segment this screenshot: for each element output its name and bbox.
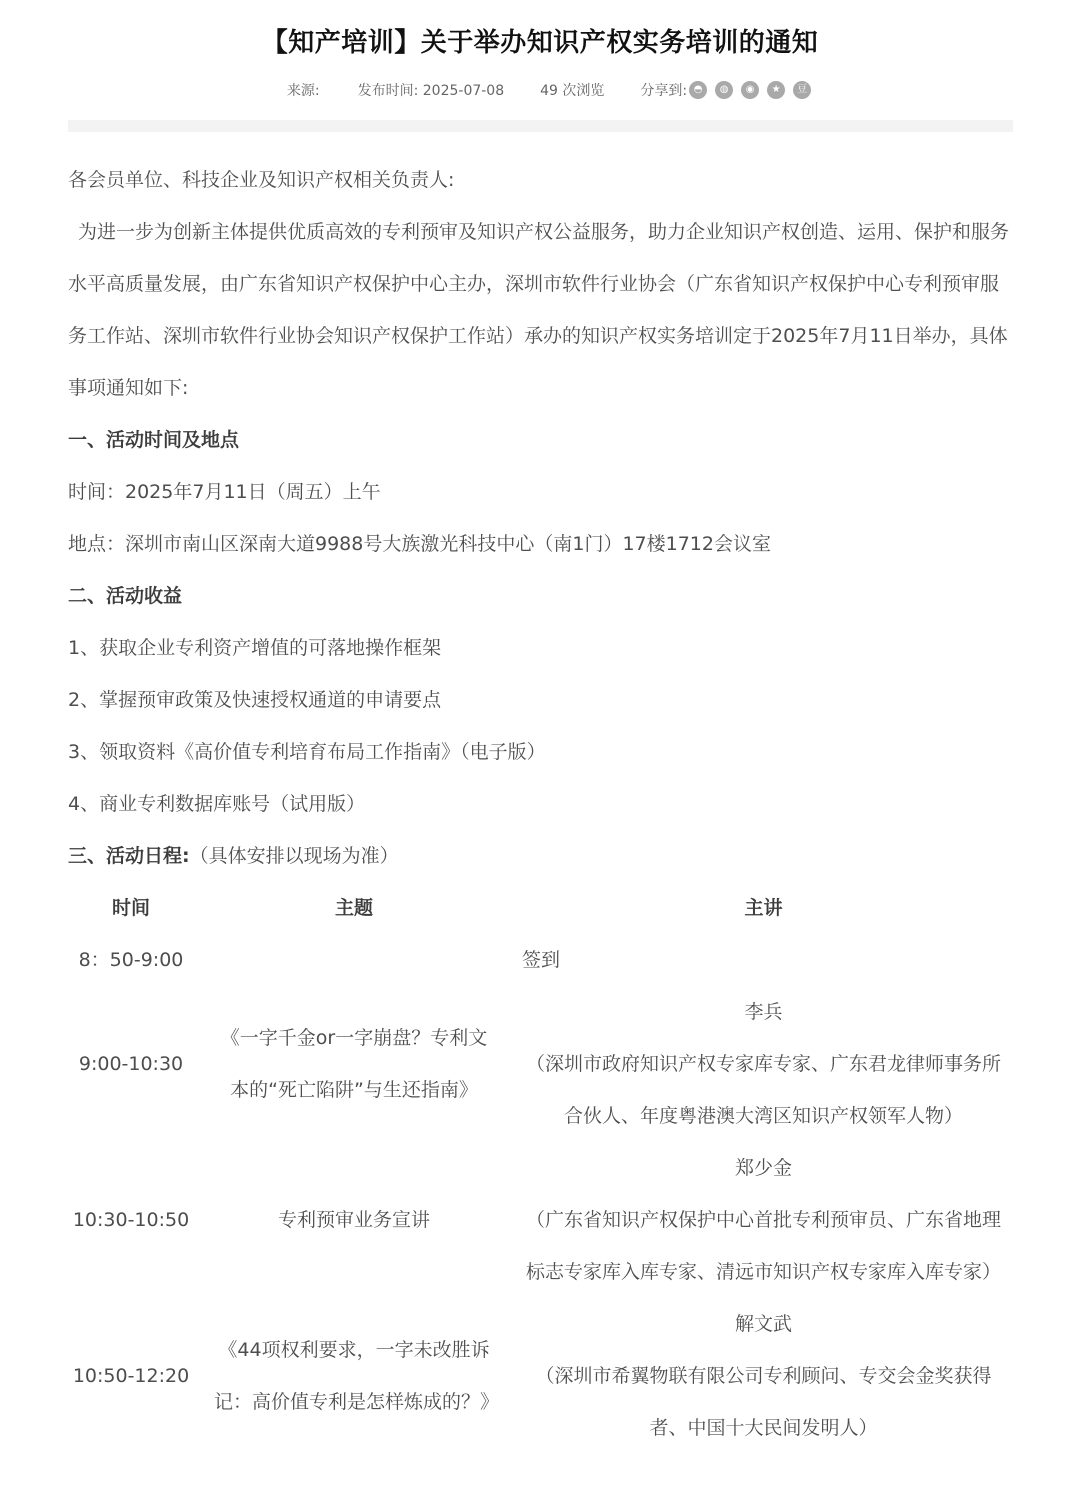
section-heading-benefits: 二、活动收益 bbox=[68, 570, 1013, 622]
speaker-name: 郑少金 bbox=[524, 1142, 1003, 1194]
row-topic: 《一字千金or一字崩盘？专利文本的“死亡陷阱”与生还指南》 bbox=[194, 986, 514, 1142]
row-time: 10:30-10:50 bbox=[68, 1142, 194, 1298]
table-row: 9:00-10:30 《一字千金or一字崩盘？专利文本的“死亡陷阱”与生还指南》… bbox=[68, 986, 1013, 1142]
speaker-desc: （广东省知识产权保护中心首批专利预审员、广东省地理标志专家库入库专家、清远市知识… bbox=[524, 1194, 1003, 1298]
benefit-item: 1、获取企业专利资产增值的可落地操作框架 bbox=[68, 622, 1013, 674]
source-label: 来源: bbox=[287, 80, 320, 100]
signin-label: 签到 bbox=[264, 949, 560, 971]
speaker-desc: （深圳市政府知识产权专家库专家、广东君龙律师事务所合伙人、年度粤港澳大湾区知识产… bbox=[524, 1038, 1003, 1142]
speaker-desc: （深圳市希翼物联有限公司专利顾问、专交会金奖获得者、中国十大民间发明人） bbox=[524, 1350, 1003, 1454]
douban-share-icon[interactable]: 豆 bbox=[793, 81, 811, 99]
schedule-header-row: 时间 主题 主讲 bbox=[68, 882, 1013, 934]
intro-paragraph: 为进一步为创新主体提供优质高效的专利预审及知识产权公益服务，助力企业知识产权创造… bbox=[68, 206, 1013, 414]
benefit-item: 2、掌握预审政策及快速授权通道的申请要点 bbox=[68, 674, 1013, 726]
header-topic: 主题 bbox=[194, 882, 514, 934]
schedule-table: 时间 主题 主讲 8：50-9:00 签到 9:00-10:30 《一字千金or… bbox=[68, 882, 1013, 1454]
row-topic: 签到 bbox=[194, 934, 1013, 986]
schedule-heading-label: 三、活动日程: bbox=[68, 845, 190, 867]
table-row: 10:50-12:20 《44项权利要求，一字未改胜诉记：高价值专利是怎样炼成的… bbox=[68, 1298, 1013, 1454]
row-time: 8：50-9:00 bbox=[68, 934, 194, 986]
share-label: 分享到: bbox=[640, 80, 687, 100]
row-topic: 《44项权利要求，一字未改胜诉记：高价值专利是怎样炼成的？》 bbox=[194, 1298, 514, 1454]
divider-bar bbox=[68, 120, 1013, 132]
article-title: 【知产培训】关于举办知识产权实务培训的通知 bbox=[0, 22, 1080, 59]
share-bar: 分享到: ◓ ◍ ◉ ★ 豆 bbox=[640, 80, 811, 100]
publish-date: 发布时间: 2025-07-08 bbox=[358, 80, 505, 100]
row-speaker: 郑少金 （广东省知识产权保护中心首批专利预审员、广东省地理标志专家库入库专家、清… bbox=[514, 1142, 1013, 1298]
row-speaker: 李兵 （深圳市政府知识产权专家库专家、广东君龙律师事务所合伙人、年度粤港澳大湾区… bbox=[514, 986, 1013, 1142]
table-row: 10:30-10:50 专利预审业务宣讲 郑少金 （广东省知识产权保护中心首批专… bbox=[68, 1142, 1013, 1298]
article-meta: 来源: 发布时间: 2025-07-08 49 次浏览 分享到: ◓ ◍ ◉ ★… bbox=[0, 80, 1080, 100]
row-topic: 专利预审业务宣讲 bbox=[194, 1142, 514, 1298]
row-time: 9:00-10:30 bbox=[68, 986, 194, 1142]
salutation: 各会员单位、科技企业及知识产权相关负责人: bbox=[68, 154, 1013, 206]
header-time: 时间 bbox=[68, 882, 194, 934]
row-speaker: 解文武 （深圳市希翼物联有限公司专利顾问、专交会金奖获得者、中国十大民间发明人） bbox=[514, 1298, 1013, 1454]
section-heading-time-location: 一、活动时间及地点 bbox=[68, 414, 1013, 466]
event-location: 地点：深圳市南山区深南大道9988号大族激光科技中心（南1门）17楼1712会议… bbox=[68, 518, 1013, 570]
table-row: 8：50-9:00 签到 bbox=[68, 934, 1013, 986]
header-speaker: 主讲 bbox=[514, 882, 1013, 934]
weibo-share-icon[interactable]: ◉ bbox=[741, 81, 759, 99]
qq-share-icon[interactable]: ◓ bbox=[689, 81, 707, 99]
speaker-name: 李兵 bbox=[524, 986, 1003, 1038]
speaker-name: 解文武 bbox=[524, 1298, 1003, 1350]
wechat-share-icon[interactable]: ◍ bbox=[715, 81, 733, 99]
section-heading-schedule: 三、活动日程:（具体安排以现场为准） bbox=[68, 830, 1013, 882]
qzone-share-icon[interactable]: ★ bbox=[767, 81, 785, 99]
benefit-item: 3、领取资料《高价值专利培育布局工作指南》（电子版） bbox=[68, 726, 1013, 778]
article-body: 各会员单位、科技企业及知识产权相关负责人: 为进一步为创新主体提供优质高效的专利… bbox=[68, 154, 1013, 1454]
view-count: 49 次浏览 bbox=[540, 80, 604, 100]
row-time: 10:50-12:20 bbox=[68, 1298, 194, 1454]
schedule-note: （具体安排以现场为准） bbox=[190, 845, 399, 867]
event-time: 时间：2025年7月11日（周五）上午 bbox=[68, 466, 1013, 518]
benefit-item: 4、商业专利数据库账号（试用版） bbox=[68, 778, 1013, 830]
